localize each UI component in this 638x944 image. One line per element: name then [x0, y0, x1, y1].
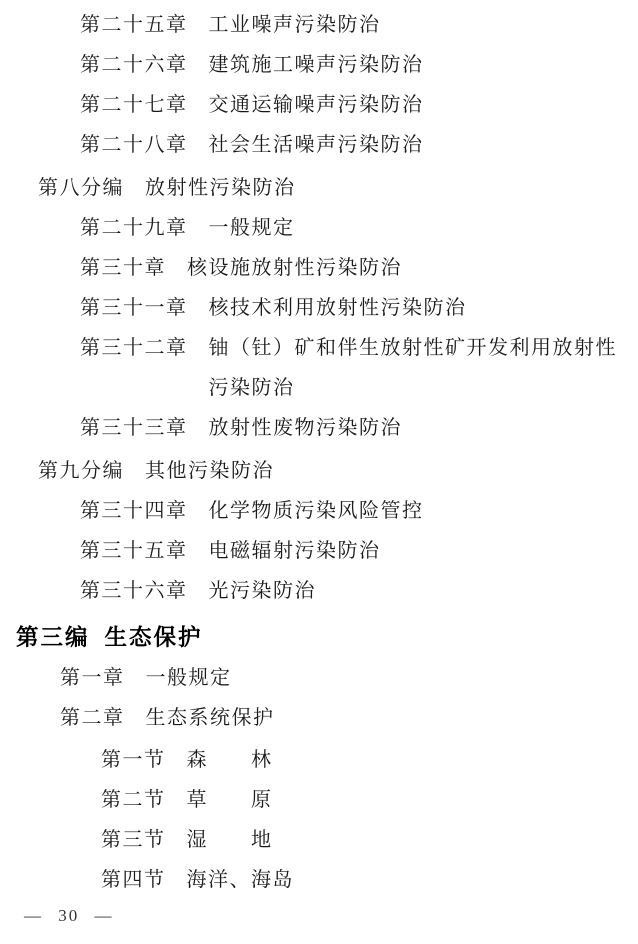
- entry-title: 铀（钍）矿和伴生放射性矿开发利用放射性污染防治: [209, 328, 630, 408]
- toc-entry: 第一章 一般规定: [0, 658, 638, 698]
- entry-title: 森 林: [187, 740, 273, 780]
- entry-title: 生态系统保护: [146, 698, 275, 738]
- entry-title: 工业噪声污染防治: [209, 5, 381, 45]
- entry-label: 第二十五章: [80, 5, 188, 45]
- toc-entry: 第三十五章 电磁辐射污染防治: [0, 531, 638, 571]
- entry-title: 建筑施工噪声污染防治: [209, 45, 424, 85]
- toc-entry: 第三十一章 核技术利用放射性污染防治: [0, 288, 638, 328]
- entry-title: 电磁辐射污染防治: [209, 531, 381, 571]
- toc-entry: 第三十六章 光污染防治: [0, 571, 638, 611]
- document-page: 第二十五章 工业噪声污染防治 第二十六章 建筑施工噪声污染防治 第二十七章 交通…: [0, 0, 638, 944]
- entry-title: 社会生活噪声污染防治: [209, 125, 424, 165]
- entry-title: 湿 地: [187, 820, 273, 860]
- entry-title: 核技术利用放射性污染防治: [209, 288, 467, 328]
- entry-label: 第九分编: [38, 451, 124, 491]
- entry-label: 第二十七章: [80, 85, 188, 125]
- entry-label: 第三十章: [80, 248, 166, 288]
- entry-title: 交通运输噪声污染防治: [209, 85, 424, 125]
- entry-label: 第一章: [60, 658, 125, 698]
- entry-label: 第三十六章: [80, 571, 188, 611]
- toc-entry: 第二节 草 原: [0, 780, 638, 820]
- entry-label: 第二章: [60, 698, 125, 738]
- entry-title: 放射性废物污染防治: [209, 408, 403, 448]
- entry-label: 第三十五章: [80, 531, 188, 571]
- toc-entry: 第二十六章 建筑施工噪声污染防治: [0, 45, 638, 85]
- entry-title: 化学物质污染风险管控: [209, 491, 424, 531]
- entry-label: 第二十八章: [80, 125, 188, 165]
- toc-entry: 第三十二章 铀（钍）矿和伴生放射性矿开发利用放射性污染防治: [0, 328, 638, 408]
- entry-title: 放射性污染防治: [145, 168, 296, 208]
- toc-entry: 第三编 生态保护: [0, 617, 638, 658]
- toc-entry: 第一节 森 林: [0, 740, 638, 780]
- toc-entry: 第三节 湿 地: [0, 820, 638, 860]
- entry-label: 第一节: [101, 740, 166, 780]
- toc-entry: 第二十九章 一般规定: [0, 208, 638, 248]
- toc-entry: 第二章 生态系统保护: [0, 698, 638, 738]
- toc-entry: 第二十五章 工业噪声污染防治: [0, 5, 638, 45]
- entry-title: 其他污染防治: [145, 451, 274, 491]
- toc-entry: 第八分编 放射性污染防治: [0, 168, 638, 208]
- entry-label: 第三编: [16, 617, 90, 658]
- entry-title: 一般规定: [209, 208, 295, 248]
- entry-label: 第八分编: [38, 168, 124, 208]
- toc-entry: 第九分编 其他污染防治: [0, 451, 638, 491]
- entry-label: 第三十一章: [80, 288, 188, 328]
- entry-title: 海洋、海岛: [187, 860, 295, 900]
- entry-title: 光污染防治: [209, 571, 317, 611]
- entry-label: 第二十六章: [80, 45, 188, 85]
- toc-list: 第二十五章 工业噪声污染防治 第二十六章 建筑施工噪声污染防治 第二十七章 交通…: [0, 5, 638, 900]
- toc-entry: 第三十三章 放射性废物污染防治: [0, 408, 638, 448]
- entry-label: 第二十九章: [80, 208, 188, 248]
- toc-entry: 第二十八章 社会生活噪声污染防治: [0, 125, 638, 165]
- page-number: — 30 —: [24, 901, 114, 931]
- entry-label: 第三十四章: [80, 491, 188, 531]
- toc-entry: 第四节 海洋、海岛: [0, 860, 638, 900]
- entry-label: 第三十三章: [80, 408, 188, 448]
- entry-title: 核设施放射性污染防治: [187, 248, 402, 288]
- entry-label: 第三十二章: [80, 328, 188, 368]
- entry-title: 草 原: [187, 780, 273, 820]
- toc-entry: 第三十四章 化学物质污染风险管控: [0, 491, 638, 531]
- toc-entry: 第三十章 核设施放射性污染防治: [0, 248, 638, 288]
- entry-label: 第三节: [101, 820, 166, 860]
- entry-label: 第四节: [101, 860, 166, 900]
- entry-title: 生态保护: [105, 617, 203, 658]
- entry-title: 一般规定: [146, 658, 232, 698]
- entry-label: 第二节: [101, 780, 166, 820]
- toc-entry: 第二十七章 交通运输噪声污染防治: [0, 85, 638, 125]
